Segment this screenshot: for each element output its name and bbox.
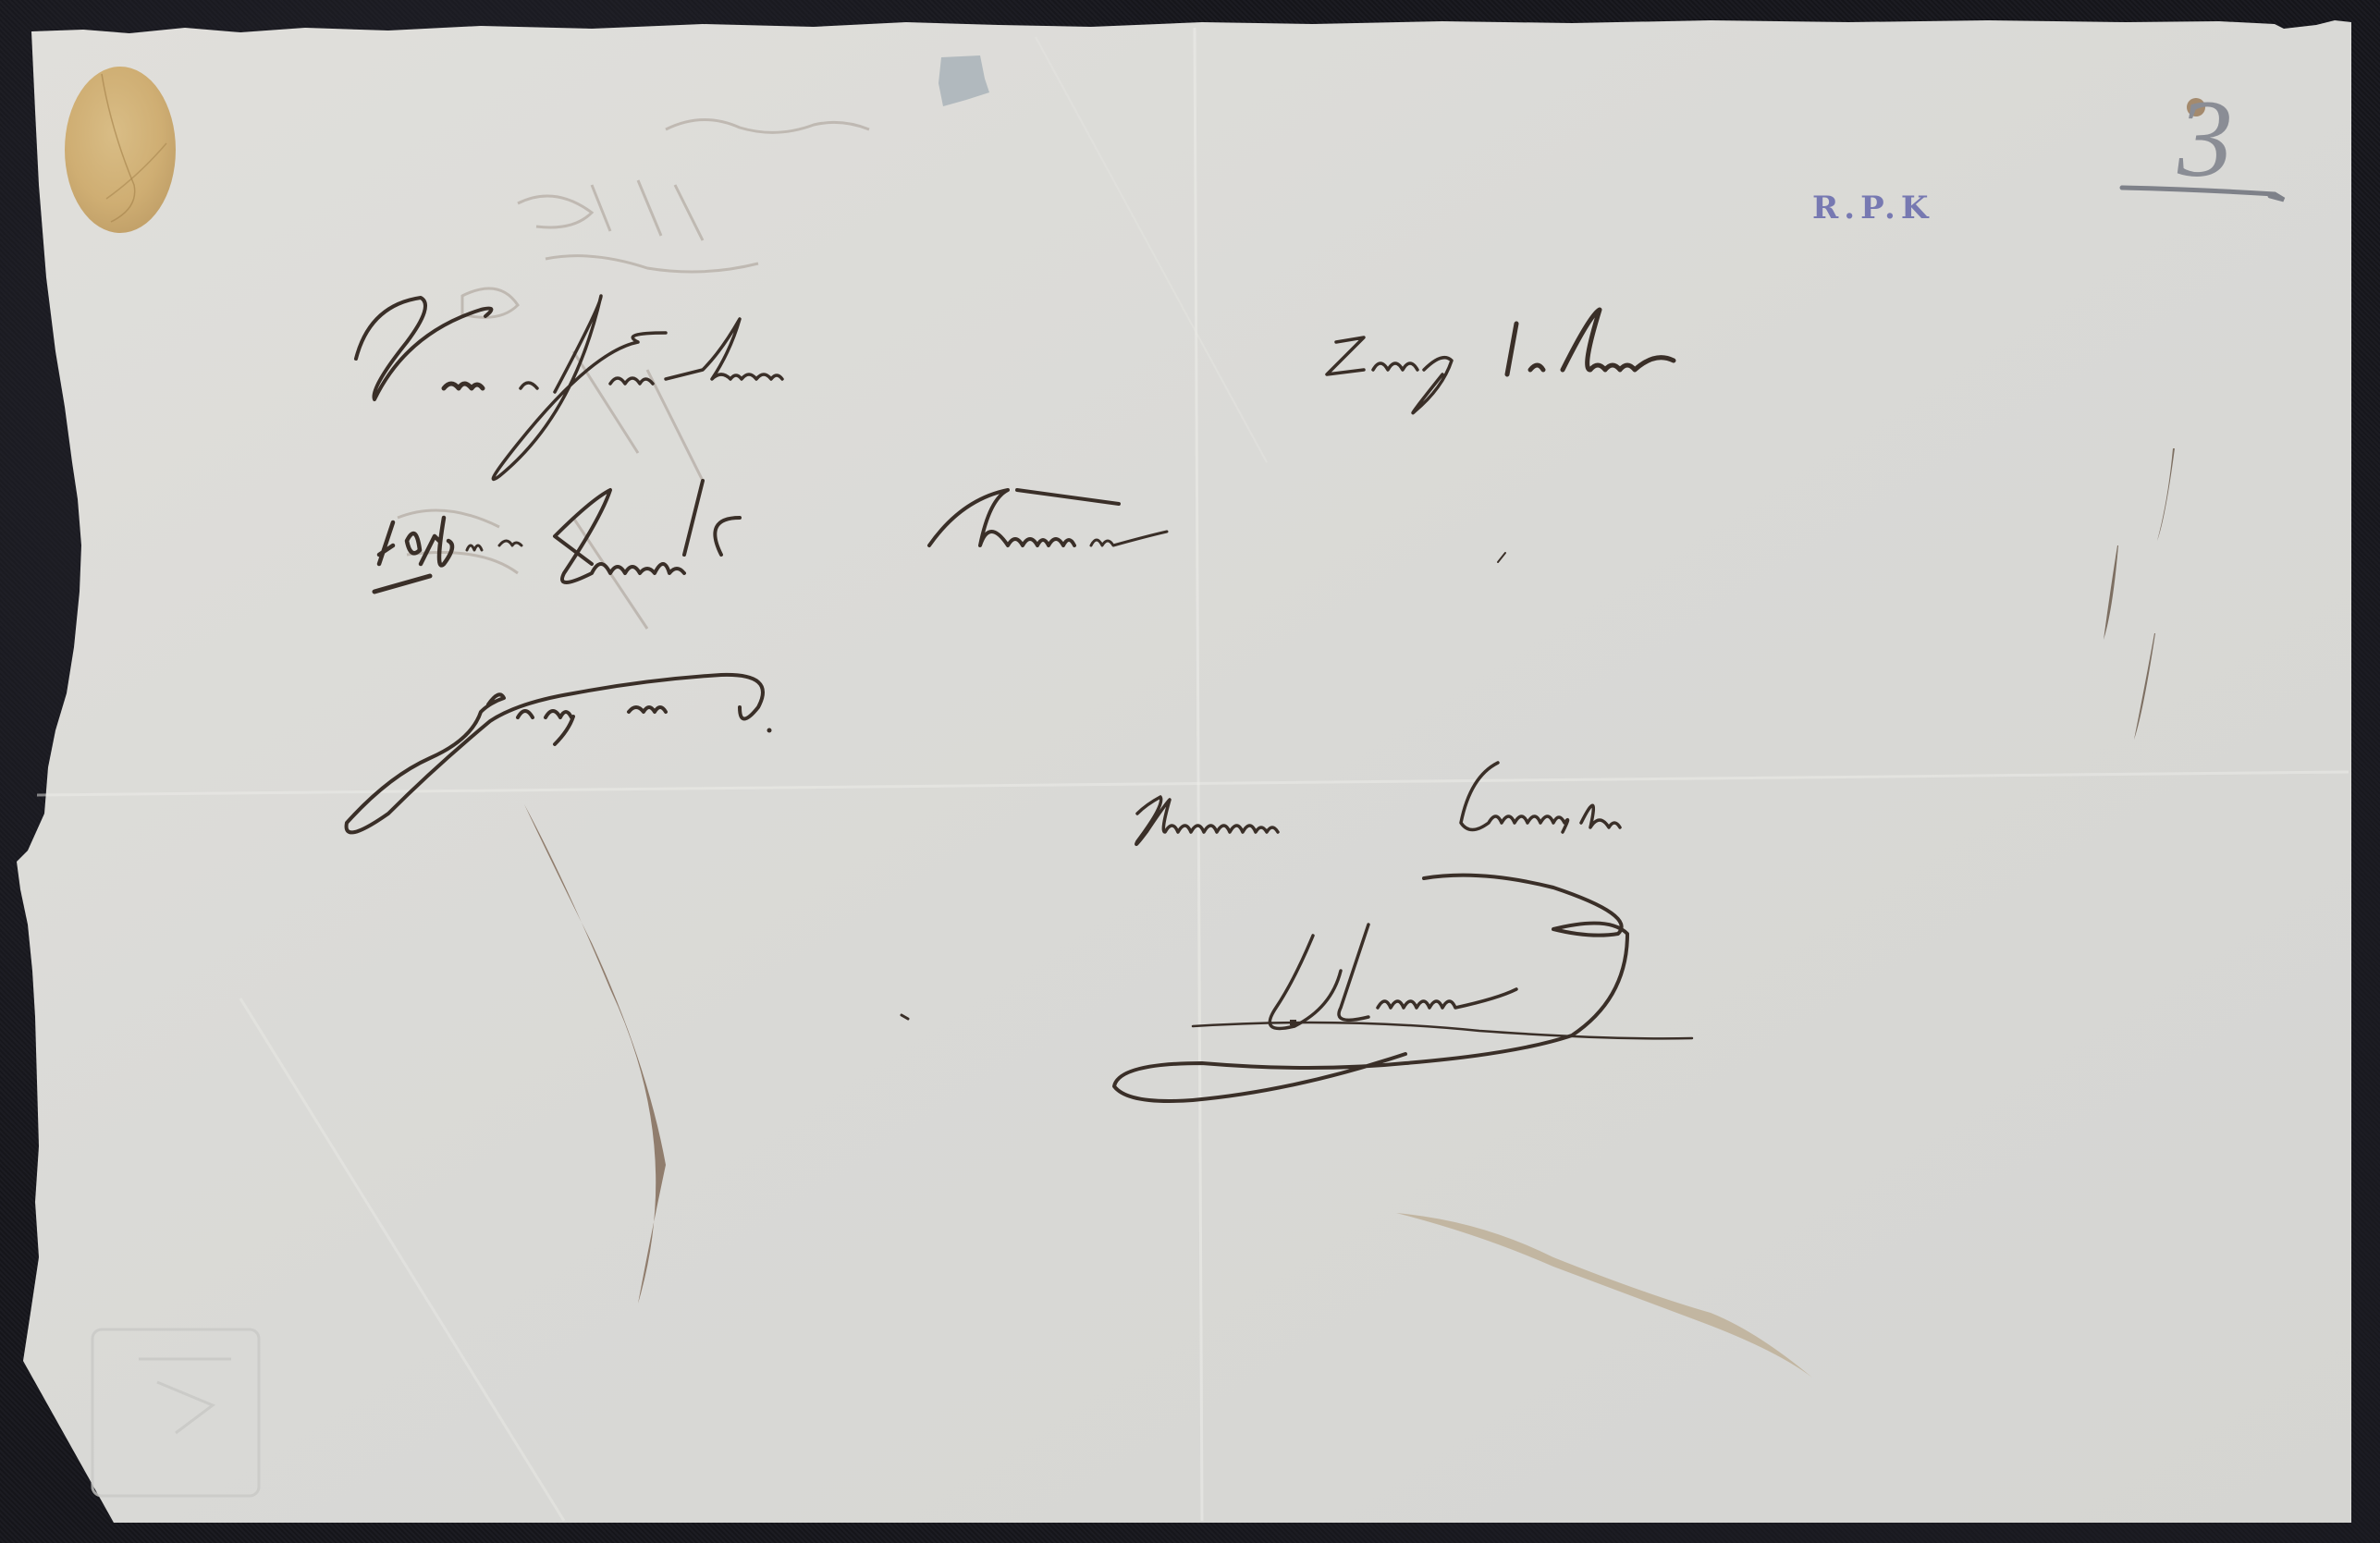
paper-illustration — [0, 0, 2380, 1543]
document-sheet: R.P.K 3 Van af aanstaande Zondag te Maar… — [0, 0, 2380, 1543]
